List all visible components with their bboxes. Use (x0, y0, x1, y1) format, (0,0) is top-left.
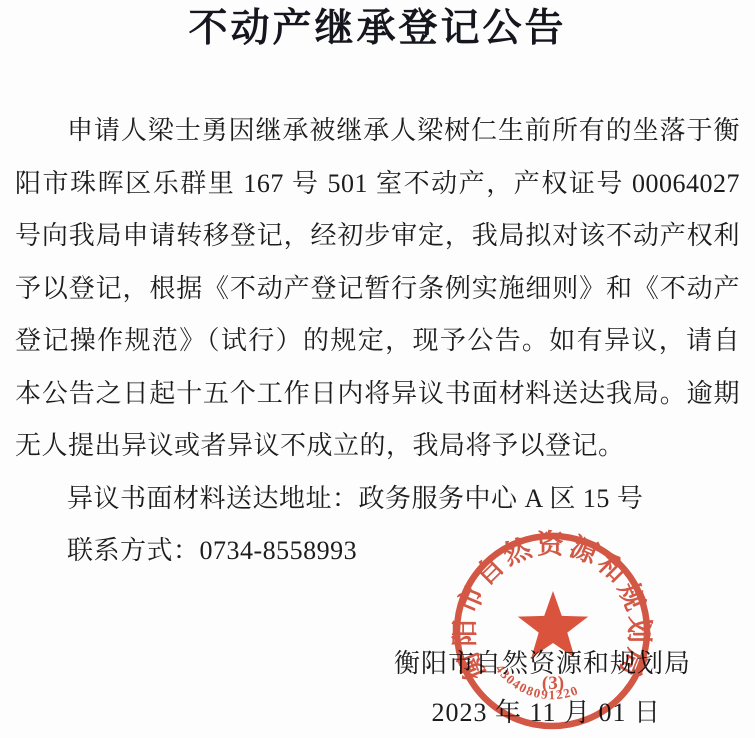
document-title: 不动产继承登记公告 (0, 4, 755, 54)
star-icon (518, 591, 588, 658)
official-seal: 衡阳市自然资源和规划局 (3) 430408091220 (450, 529, 654, 738)
announcement-document: 不动产继承登记公告 申请人梁士勇因继承被继承人梁树仁生前所有的坐落于衡阳市珠晖区… (0, 0, 755, 738)
paragraph-objection-address: 异议书面材料送达地址：政务服务中心 A 区 15 号 (15, 473, 740, 526)
document-body: 申请人梁士勇因继承被继承人梁树仁生前所有的坐落于衡阳市珠晖区乐群里 167 号 … (15, 105, 740, 578)
seal-serial-number: 430408091220 (493, 661, 581, 702)
paragraph-main: 申请人梁士勇因继承被继承人梁树仁生前所有的坐落于衡阳市珠晖区乐群里 167 号 … (15, 105, 740, 473)
